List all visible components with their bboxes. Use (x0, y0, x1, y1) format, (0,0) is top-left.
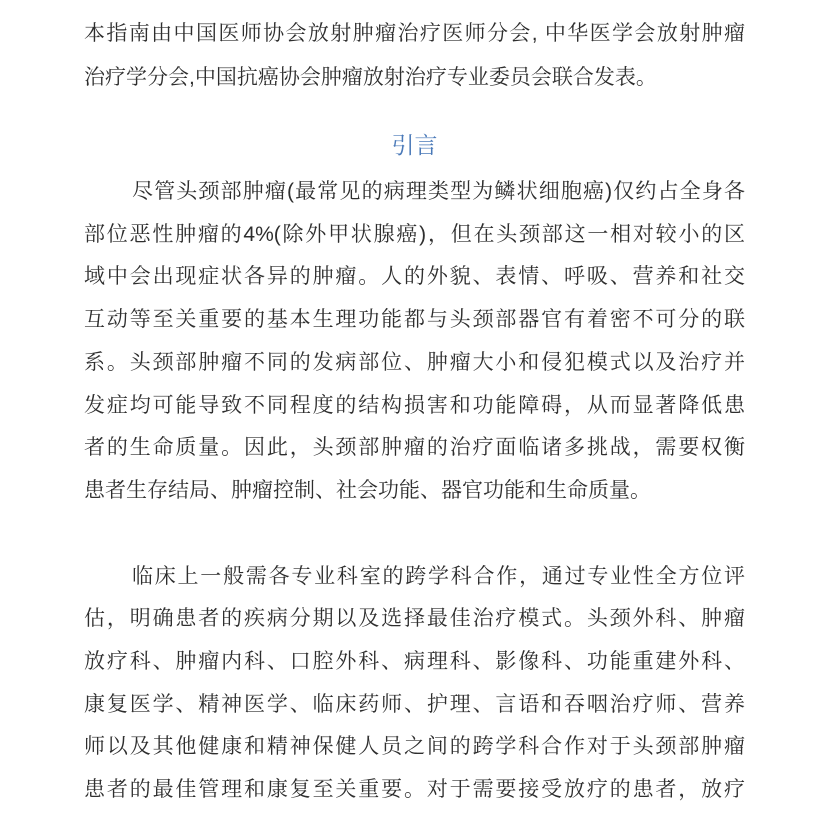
text-line: 部位恶性肿瘤的4%(除外甲状腺癌)，但在头颈部这一相对较小的区 (84, 214, 745, 257)
text-line: 临床上一般需各专业科室的跨学科合作，通过专业性全方位评 (84, 556, 745, 599)
text-line: 尽管头颈部肿瘤(最常见的病理类型为鳞状细胞癌)仅约占全身各 (84, 171, 745, 214)
text-line: 治疗学分会,中国抗癌协会肿瘤放射治疗专业委员会联合发表。 (84, 56, 745, 100)
text-line: 估，明确患者的疾病分期以及选择最佳治疗模式。头颈外科、肿瘤 (84, 598, 745, 641)
text-line: 师以及其他健康和精神保健人员之间的跨学科合作对于头颈部肿瘤 (84, 726, 745, 769)
text-line: 互动等至关重要的基本生理功能都与头颈部器官有着密不可分的联 (84, 299, 745, 342)
text-line: 患者的最佳管理和康复至关重要。对于需要接受放疗的患者，放疗 (84, 769, 745, 812)
text-line: 患者生存结局、肿瘤控制、社会功能、器官功能和生命质量。 (84, 470, 745, 513)
text-line: 发症均可能导致不同程度的结构损害和功能障碍，从而显著降低患 (84, 385, 745, 428)
intro-paragraph: 本指南由中国医师协会放射肿瘤治疗医师分会, 中华医学会放射肿瘤 治疗学分会,中国… (84, 12, 745, 100)
document-page: 本指南由中国医师协会放射肿瘤治疗医师分会, 中华医学会放射肿瘤 治疗学分会,中国… (0, 0, 828, 835)
text-line: 康复医学、精神医学、临床药师、护理、言语和吞咽治疗师、营养 (84, 684, 745, 727)
text-line: 本指南由中国医师协会放射肿瘤治疗医师分会, 中华医学会放射肿瘤 (84, 12, 745, 56)
text-line: 系。头颈部肿瘤不同的发病部位、肿瘤大小和侵犯模式以及治疗并 (84, 342, 745, 385)
body-paragraph-1: 尽管头颈部肿瘤(最常见的病理类型为鳞状细胞癌)仅约占全身各 部位恶性肿瘤的4%(… (84, 171, 745, 513)
text-line: 域中会出现症状各异的肿瘤。人的外貌、表情、呼吸、营养和社交 (84, 256, 745, 299)
body-paragraph-2: 临床上一般需各专业科室的跨学科合作，通过专业性全方位评 估，明确患者的疾病分期以… (84, 556, 745, 812)
text-line: 者的生命质量。因此，头颈部肿瘤的治疗面临诸多挑战，需要权衡 (84, 427, 745, 470)
section-heading: 引言 (84, 127, 745, 163)
text-line: 放疗科、肿瘤内科、口腔外科、病理科、影像科、功能重建外科、 (84, 641, 745, 684)
